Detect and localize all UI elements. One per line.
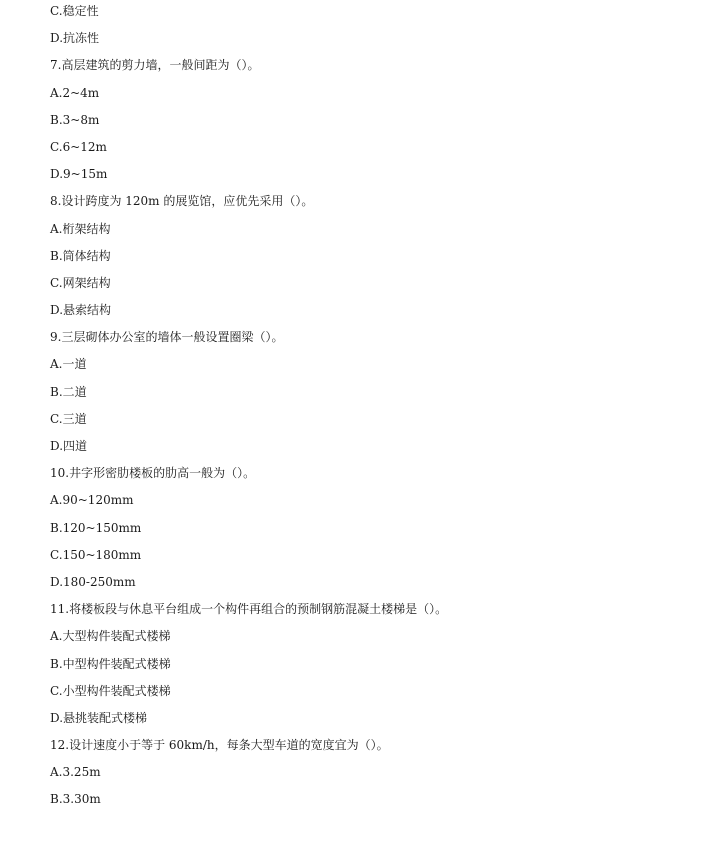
question-9: 9.三层砌体办公室的墙体一般设置圈梁（）。 — [50, 324, 690, 351]
option-7d: D.9~15m — [50, 161, 690, 188]
option-8a: A.桁架结构 — [50, 216, 690, 243]
option-7c: C.6~12m — [50, 134, 690, 161]
document-page: C.稳定性 D.抗冻性 7.高层建筑的剪力墙，一般间距为（）。 A.2~4m B… — [50, 0, 690, 814]
option-7b: B.3~8m — [50, 107, 690, 134]
option-11d: D.悬挑装配式楼梯 — [50, 705, 690, 732]
option-12a: A.3.25m — [50, 759, 690, 786]
option-8b: B.筒体结构 — [50, 243, 690, 270]
option-9a: A.一道 — [50, 351, 690, 378]
option-9c: C.三道 — [50, 406, 690, 433]
option-11b: B.中型构件装配式楼梯 — [50, 651, 690, 678]
option-10c: C.150~180mm — [50, 542, 690, 569]
option-9d: D.四道 — [50, 433, 690, 460]
question-10: 10.井字形密肋楼板的肋高一般为（）。 — [50, 460, 690, 487]
question-7: 7.高层建筑的剪力墙，一般间距为（）。 — [50, 52, 690, 79]
option-10b: B.120~150mm — [50, 515, 690, 542]
option-11c: C.小型构件装配式楼梯 — [50, 678, 690, 705]
question-12: 12.设计速度小于等于 60km/h，每条大型车道的宽度宜为（）。 — [50, 732, 690, 759]
question-8: 8.设计跨度为 120m 的展览馆，应优先采用（）。 — [50, 188, 690, 215]
option-11a: A.大型构件装配式楼梯 — [50, 623, 690, 650]
option-10a: A.90~120mm — [50, 487, 690, 514]
option-8d: D.悬索结构 — [50, 297, 690, 324]
option-9b: B.二道 — [50, 379, 690, 406]
option-7a: A.2~4m — [50, 80, 690, 107]
option-8c: C.网架结构 — [50, 270, 690, 297]
option-6d: D.抗冻性 — [50, 25, 690, 52]
option-10d: D.180-250mm — [50, 569, 690, 596]
option-6c: C.稳定性 — [50, 0, 690, 25]
option-12b: B.3.30m — [50, 786, 690, 813]
question-11: 11.将楼板段与休息平台组成一个构件再组合的预制钢筋混凝土楼梯是（）。 — [50, 596, 690, 623]
